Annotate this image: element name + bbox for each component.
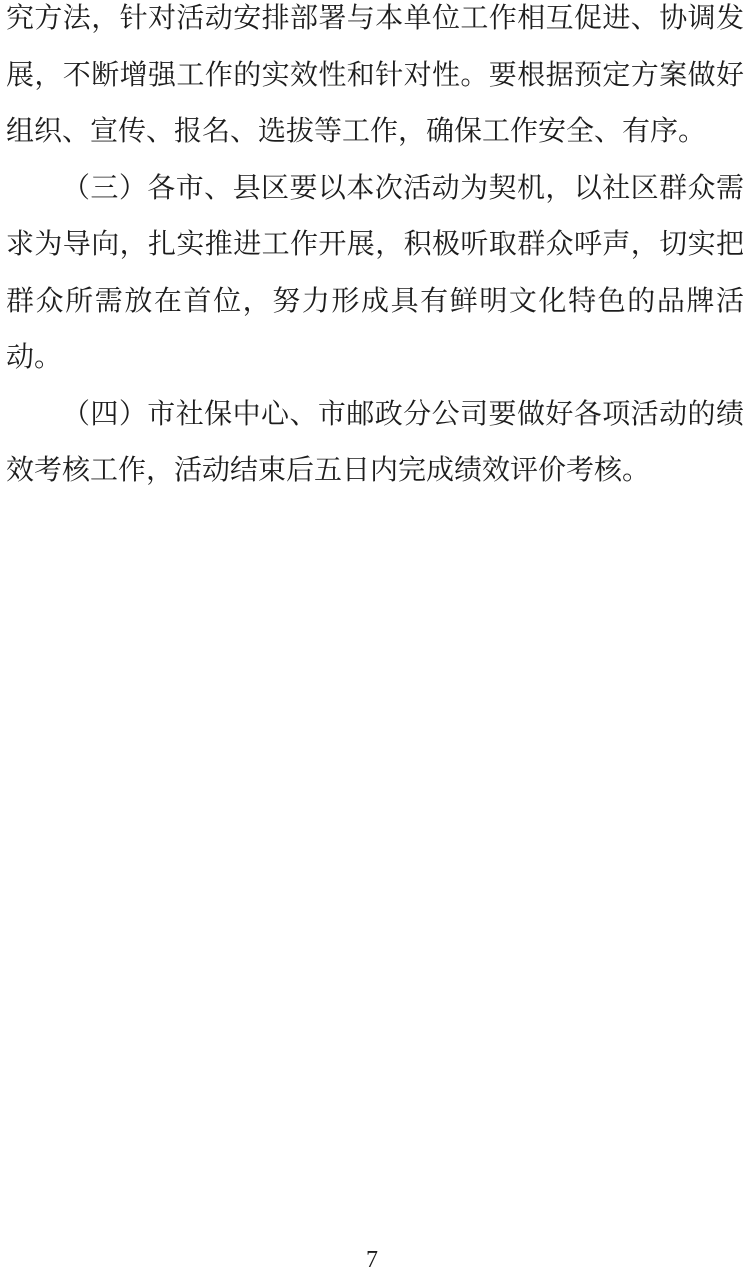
- document-page: 究方法，针对活动安排部署与本单位工作相互促进、协调发展，不断增强工作的实效性和针…: [0, 0, 750, 1280]
- document-body-text: 究方法，针对活动安排部署与本单位工作相互促进、协调发展，不断增强工作的实效性和针…: [6, 0, 744, 500]
- paragraph-item-four: （四）市社保中心、市邮政分公司要做好各项活动的绩效考核工作，活动结束后五日内完成…: [6, 387, 744, 500]
- paragraph-continuation: 究方法，针对活动安排部署与本单位工作相互促进、协调发展，不断增强工作的实效性和针…: [6, 0, 744, 161]
- page-number: 7: [0, 1247, 744, 1273]
- paragraph-item-three: （三）各市、县区要以本次活动为契机，以社区群众需求为导向，扎实推进工作开展，积极…: [6, 161, 744, 387]
